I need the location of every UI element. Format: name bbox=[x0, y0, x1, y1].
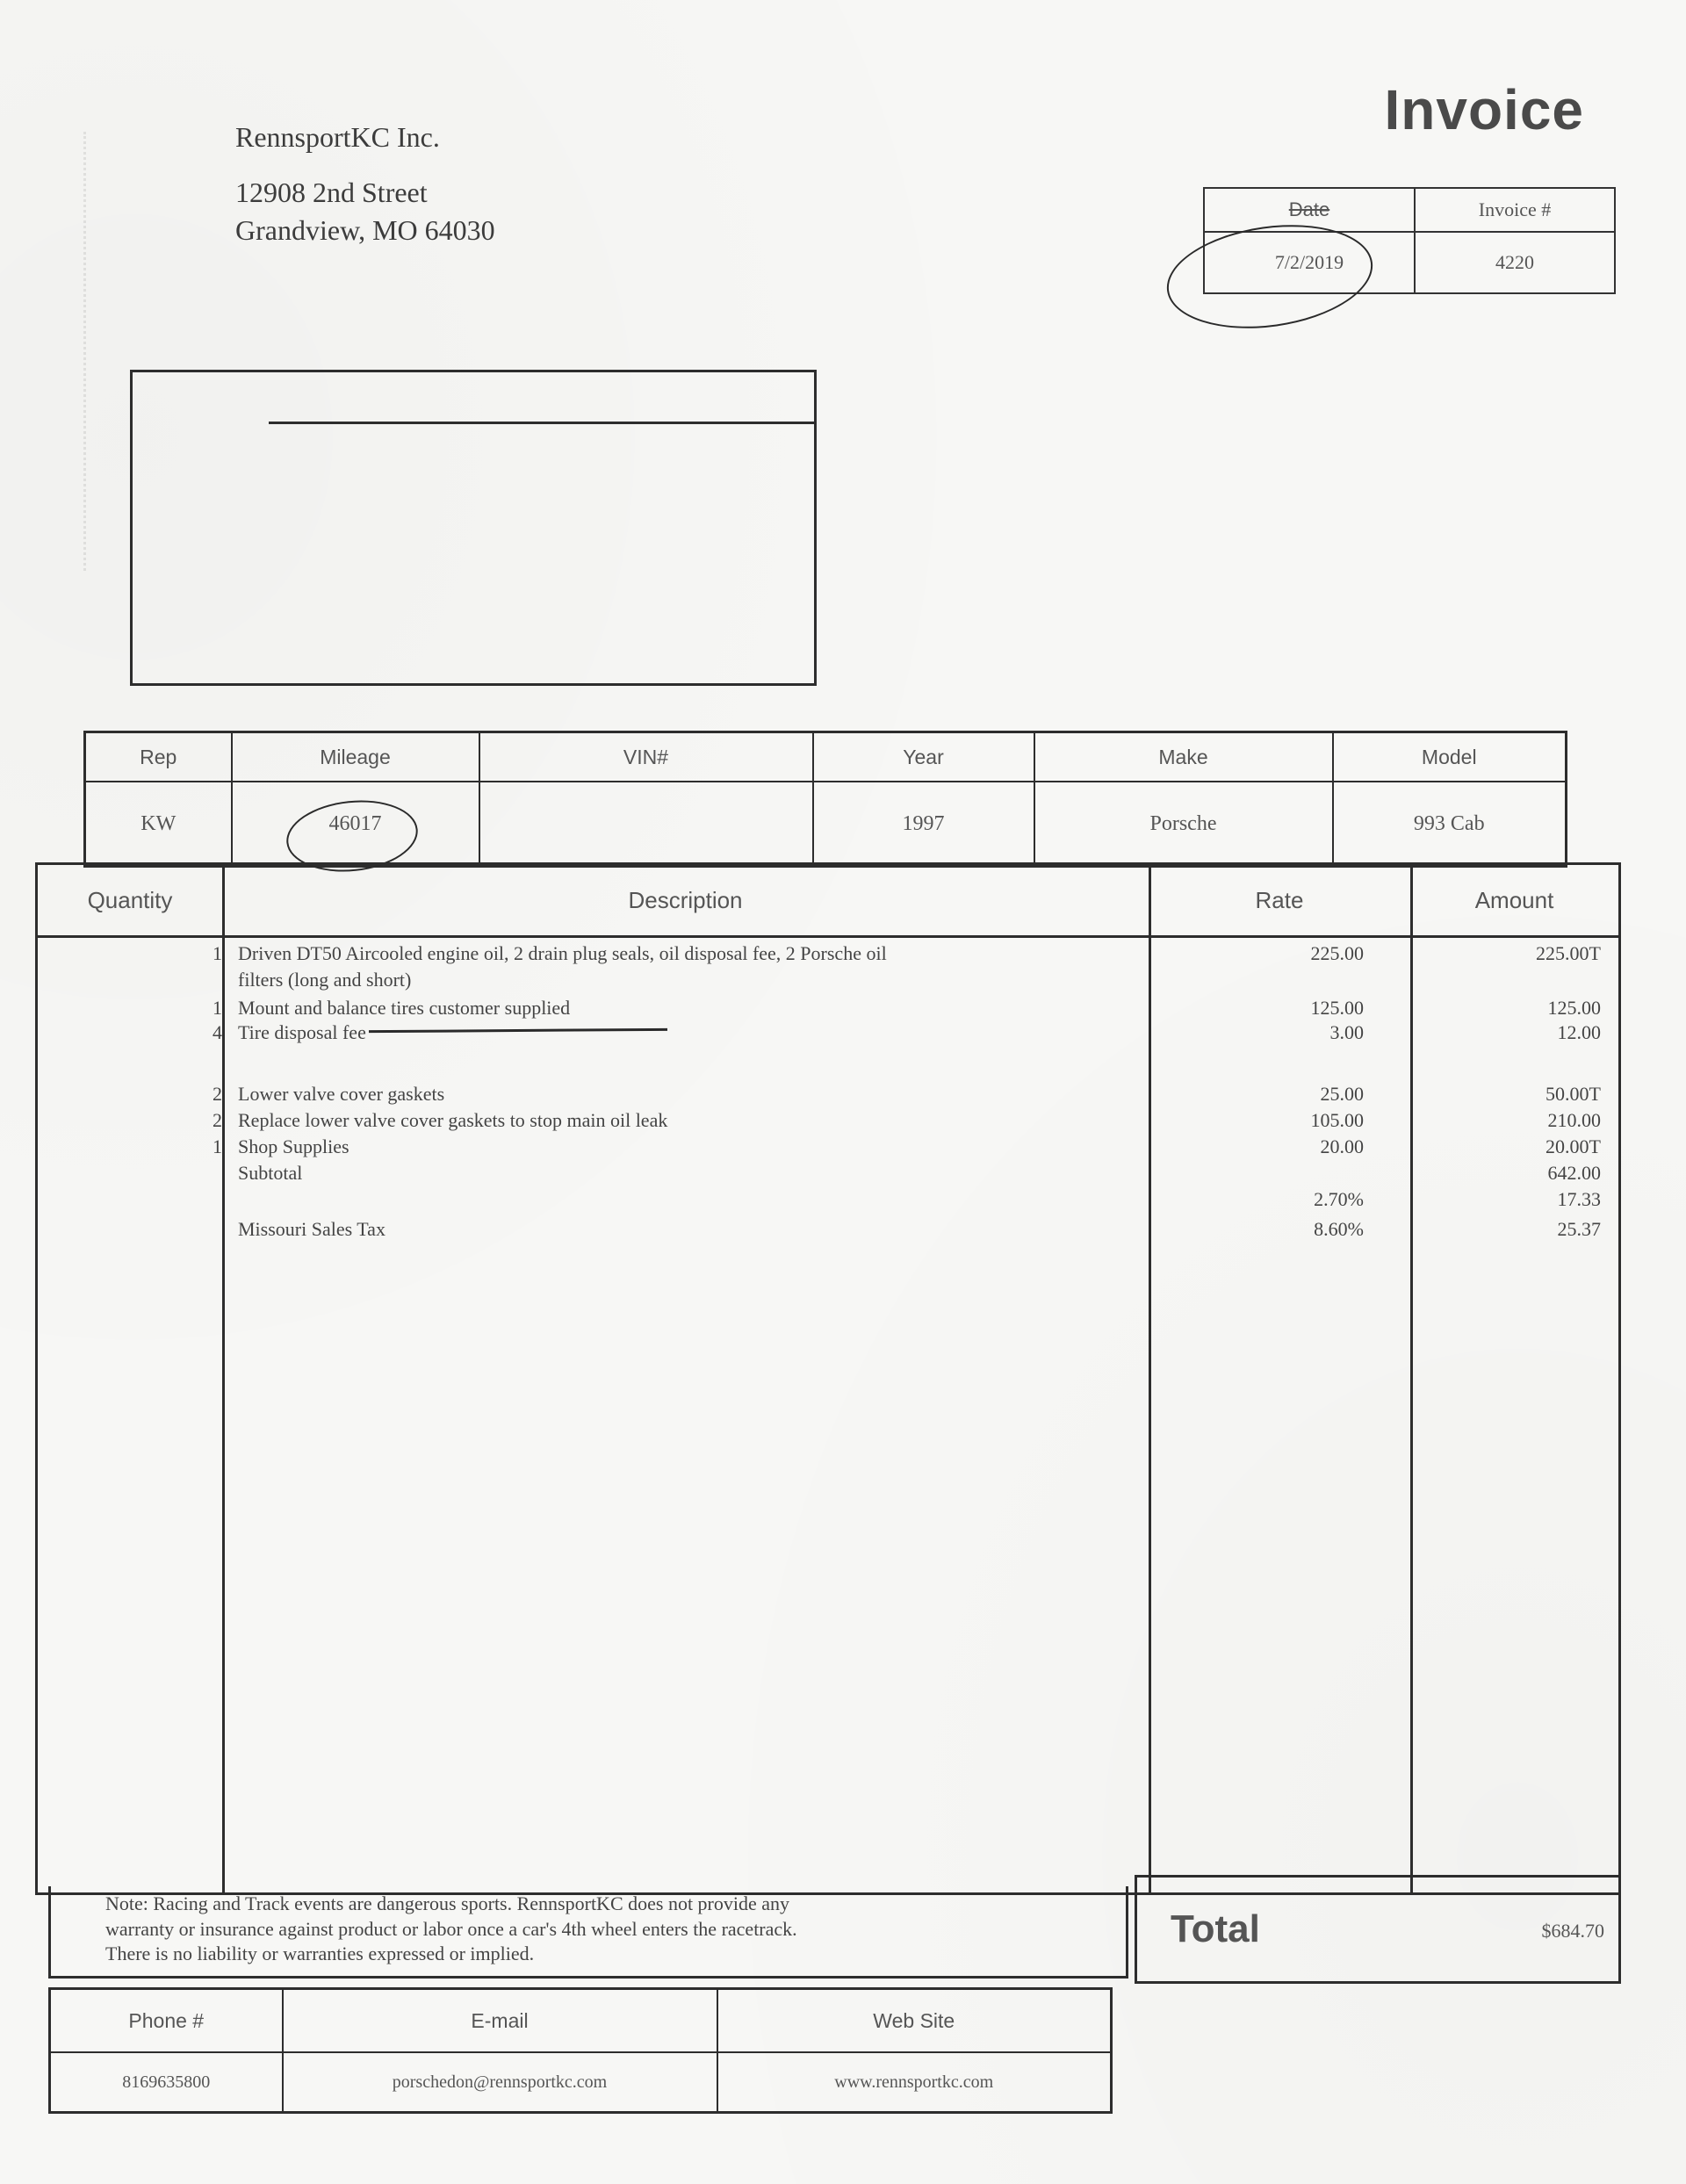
document-title: Invoice bbox=[1384, 77, 1584, 142]
vehicle-value-row: KW 46017 1997 Porsche 993 Cab bbox=[85, 782, 1567, 867]
vin-header: VIN# bbox=[479, 732, 813, 782]
invoice-number-label: Invoice # bbox=[1416, 189, 1614, 233]
note-line-2: warranty or insurance against product or… bbox=[105, 1917, 1126, 1943]
company-street: 12908 2nd Street bbox=[235, 174, 495, 212]
email-value: porschedon@rennsportkc.com bbox=[283, 2052, 717, 2113]
company-address-block: RennsportKC Inc. 12908 2nd Street Grandv… bbox=[235, 119, 495, 250]
line-items-table: Quantity Description Rate Amount 1Driven… bbox=[35, 862, 1621, 1895]
amount-cell: 25.37 bbox=[1390, 1218, 1601, 1241]
make-value: Porsche bbox=[1034, 782, 1333, 867]
invoice-meta-box: Date Invoice # 7/2/2019 4220 bbox=[1203, 187, 1616, 294]
quantity-cell: 1 bbox=[38, 1135, 222, 1158]
year-header: Year bbox=[813, 732, 1034, 782]
rate-cell: 8.60% bbox=[1127, 1218, 1364, 1241]
amount-cell: 12.00 bbox=[1390, 1021, 1601, 1044]
website-value: www.rennsportkc.com bbox=[717, 2052, 1112, 2113]
margin-handwriting bbox=[83, 132, 121, 571]
bill-to-box bbox=[130, 370, 817, 686]
description-cell: Driven DT50 Aircooled engine oil, 2 drai… bbox=[238, 942, 1116, 965]
total-box: Total $684.70 bbox=[1135, 1875, 1621, 1984]
date-value: 7/2/2019 bbox=[1205, 233, 1416, 292]
mileage-value: 46017 bbox=[232, 782, 479, 867]
website-header: Web Site bbox=[717, 1989, 1112, 2053]
year-value: 1997 bbox=[813, 782, 1034, 867]
amount-cell: 125.00 bbox=[1390, 997, 1601, 1020]
mileage-header: Mileage bbox=[232, 732, 479, 782]
quantity-cell: 4 bbox=[38, 1021, 222, 1044]
description-cell: filters (long and short) bbox=[238, 969, 1116, 991]
vehicle-header-row: Rep Mileage VIN# Year Make Model bbox=[85, 732, 1567, 782]
disclaimer-note: Note: Racing and Track events are danger… bbox=[48, 1886, 1128, 1979]
contact-value-row: 8169635800 porschedon@rennsportkc.com ww… bbox=[50, 2052, 1112, 2113]
contact-header-row: Phone # E-mail Web Site bbox=[50, 1989, 1112, 2053]
rate-cell: 225.00 bbox=[1127, 942, 1364, 965]
amount-cell: 225.00T bbox=[1390, 942, 1601, 965]
contact-table: Phone # E-mail Web Site 8169635800 porsc… bbox=[48, 1987, 1113, 2114]
email-header: E-mail bbox=[283, 1989, 717, 2053]
description-cell: Shop Supplies bbox=[238, 1135, 1116, 1158]
amount-cell: 20.00T bbox=[1390, 1135, 1601, 1158]
rep-header: Rep bbox=[85, 732, 232, 782]
company-city: Grandview, MO 64030 bbox=[235, 212, 495, 249]
rep-value: KW bbox=[85, 782, 232, 867]
rate-header: Rate bbox=[1149, 865, 1410, 935]
note-line-3: There is no liability or warranties expr… bbox=[105, 1942, 1126, 1967]
company-name: RennsportKC Inc. bbox=[235, 119, 495, 156]
amount-cell: 50.00T bbox=[1390, 1083, 1601, 1106]
rate-cell: 3.00 bbox=[1127, 1021, 1364, 1044]
rate-cell: 105.00 bbox=[1127, 1109, 1364, 1132]
model-value: 993 Cab bbox=[1333, 782, 1567, 867]
vin-value bbox=[479, 782, 813, 867]
phone-header: Phone # bbox=[50, 1989, 283, 2053]
rate-cell: 20.00 bbox=[1127, 1135, 1364, 1158]
make-header: Make bbox=[1034, 732, 1333, 782]
note-line-1: Note: Racing and Track events are danger… bbox=[105, 1892, 1126, 1917]
description-cell: Subtotal bbox=[238, 1162, 1116, 1185]
total-value: $684.70 bbox=[1542, 1920, 1605, 1943]
quantity-cell: 2 bbox=[38, 1109, 222, 1132]
description-cell: Lower valve cover gaskets bbox=[238, 1083, 1116, 1106]
vehicle-info-table: Rep Mileage VIN# Year Make Model KW 4601… bbox=[83, 731, 1567, 868]
amount-cell: 17.33 bbox=[1390, 1188, 1601, 1211]
date-label: Date bbox=[1205, 189, 1416, 233]
model-header: Model bbox=[1333, 732, 1567, 782]
rate-cell: 125.00 bbox=[1127, 997, 1364, 1020]
rate-cell: 25.00 bbox=[1127, 1083, 1364, 1106]
amount-cell: 210.00 bbox=[1390, 1109, 1601, 1132]
description-cell: Replace lower valve cover gaskets to sto… bbox=[238, 1109, 1116, 1132]
quantity-header: Quantity bbox=[38, 865, 222, 935]
description-cell: Missouri Sales Tax bbox=[238, 1218, 1116, 1241]
amount-header: Amount bbox=[1410, 865, 1618, 935]
amount-cell: 642.00 bbox=[1390, 1162, 1601, 1185]
quantity-cell: 1 bbox=[38, 942, 222, 965]
description-header: Description bbox=[222, 865, 1149, 935]
description-cell: Mount and balance tires customer supplie… bbox=[238, 997, 1116, 1020]
bill-to-divider bbox=[269, 422, 814, 424]
invoice-number-value: 4220 bbox=[1416, 233, 1614, 292]
total-label: Total bbox=[1171, 1907, 1260, 1951]
phone-value: 8169635800 bbox=[50, 2052, 283, 2113]
quantity-cell: 1 bbox=[38, 997, 222, 1020]
rate-cell: 2.70% bbox=[1127, 1188, 1364, 1211]
quantity-cell: 2 bbox=[38, 1083, 222, 1106]
